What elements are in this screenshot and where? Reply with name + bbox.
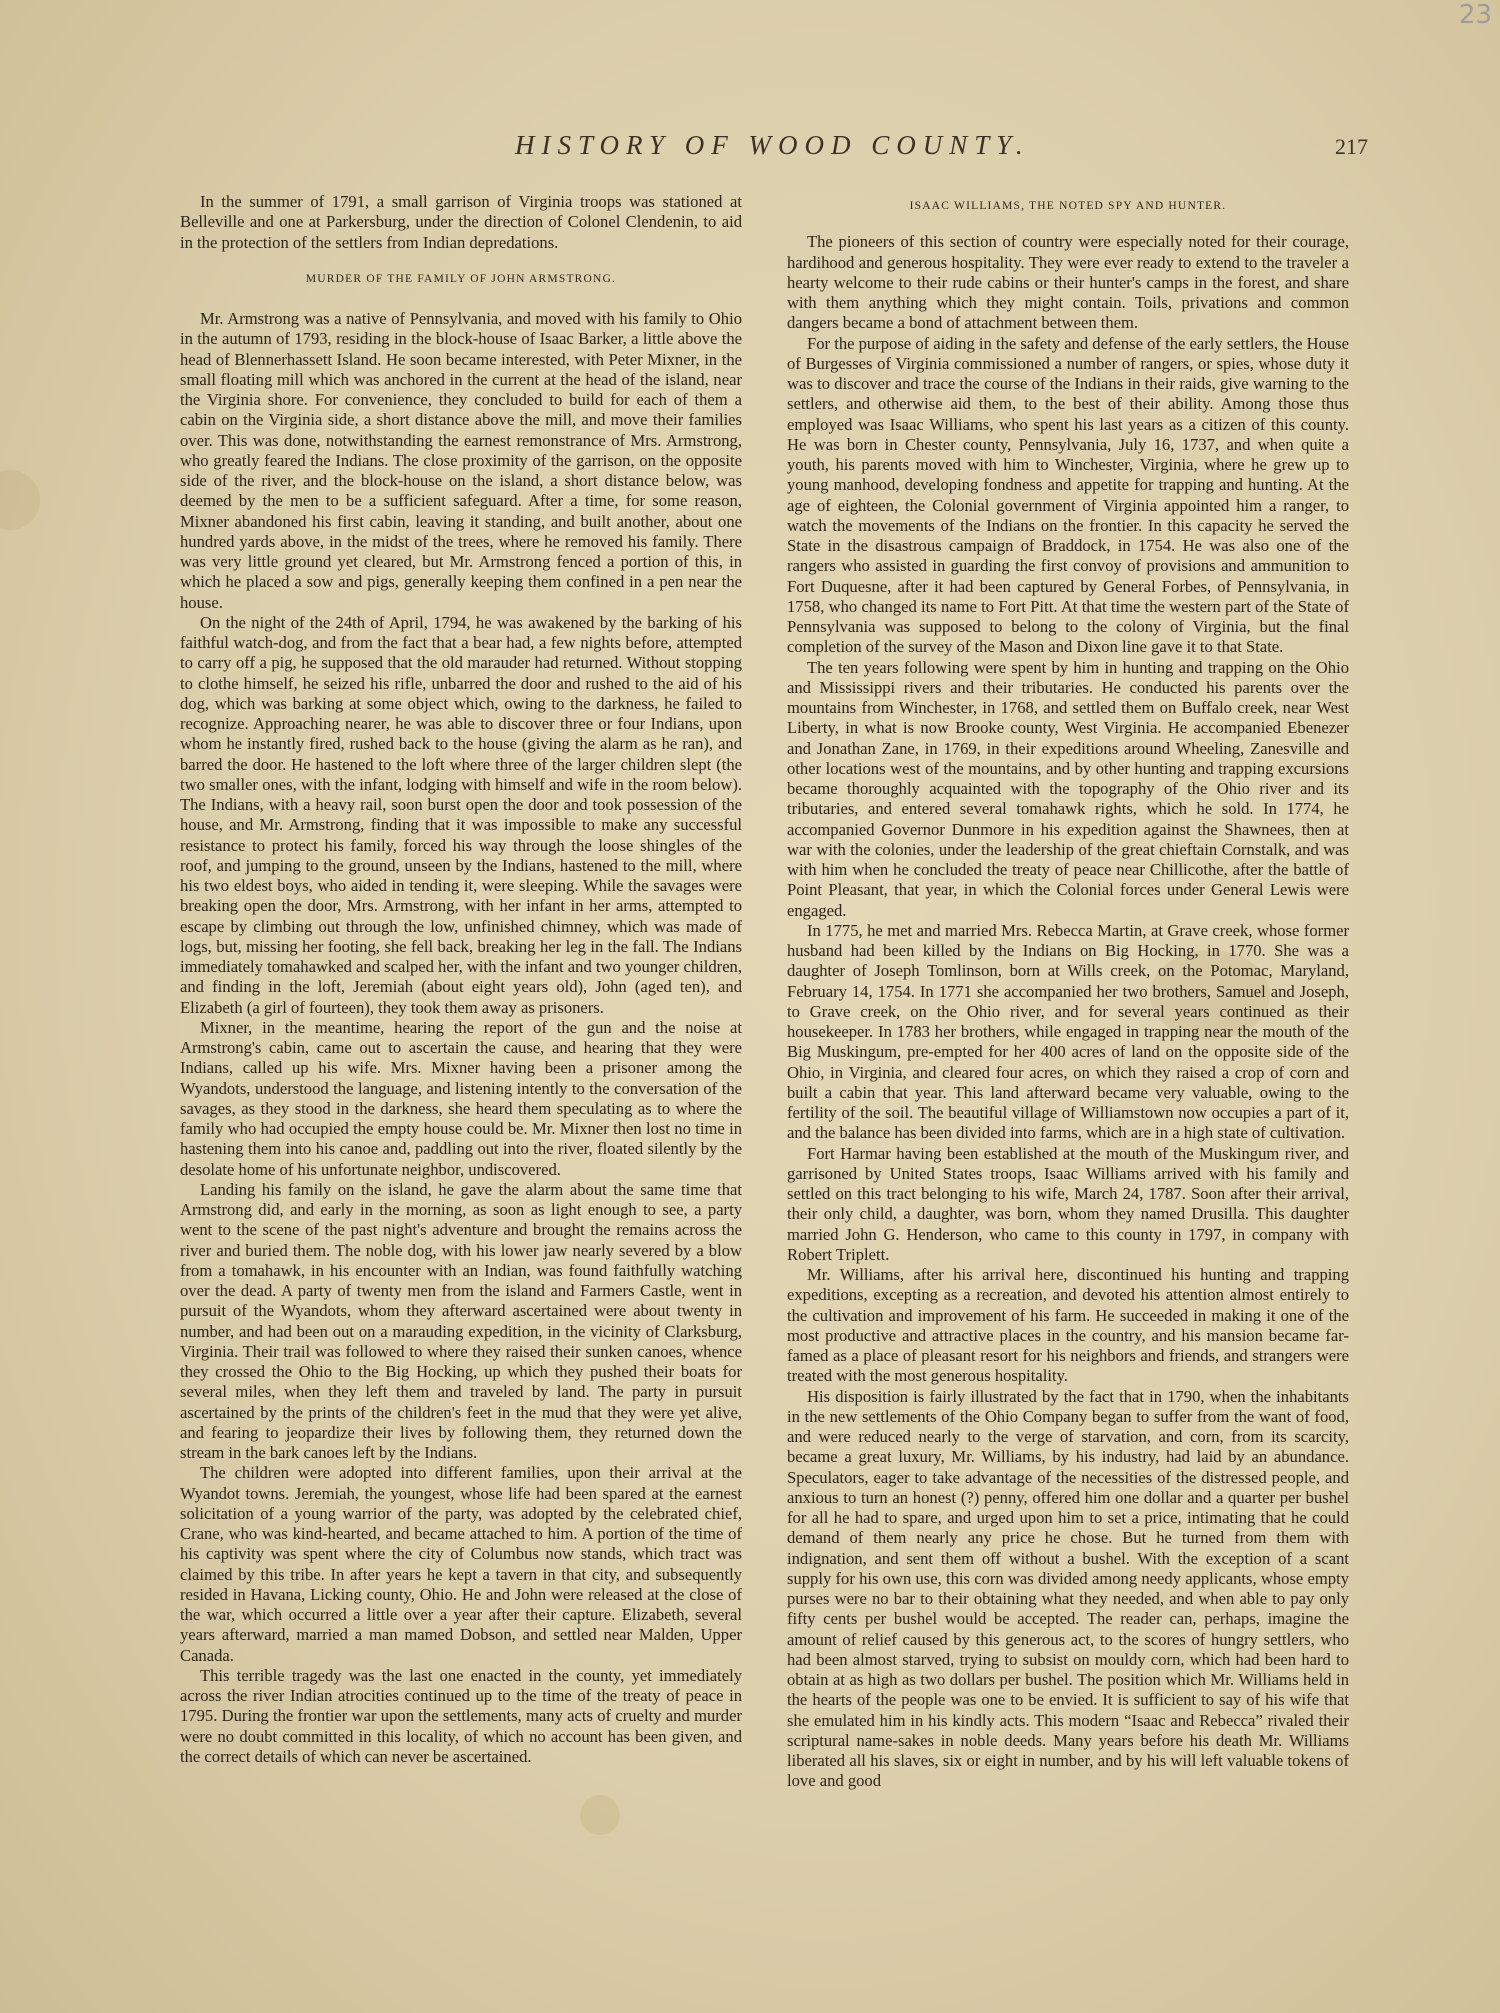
page-number: 217 — [1335, 134, 1368, 160]
body-paragraph: The ten years following were spent by hi… — [787, 658, 1349, 921]
right-column: ISAAC WILLIAMS, THE NOTED SPY AND HUNTER… — [787, 196, 1349, 1792]
body-paragraph: Mr. Williams, after his arrival here, di… — [787, 1265, 1349, 1387]
body-paragraph: The pioneers of this section of country … — [787, 232, 1349, 333]
paper-stain — [0, 470, 40, 530]
intro-paragraph: In the summer of 1791, a small garrison … — [180, 192, 742, 253]
handwritten-page-mark: 23 — [1459, 0, 1492, 30]
body-paragraph: Landing his family on the island, he gav… — [180, 1180, 742, 1464]
body-paragraph: On the night of the 24th of April, 1794,… — [180, 613, 742, 1018]
body-paragraph: Mr. Armstrong was a native of Pennsylvan… — [180, 309, 742, 613]
body-paragraph: In 1775, he met and married Mrs. Rebecca… — [787, 921, 1349, 1144]
running-header: HISTORY OF WOOD COUNTY. 217 — [0, 130, 1500, 170]
body-paragraph: Mixner, in the meantime, hearing the rep… — [180, 1018, 742, 1180]
section-heading: MURDER OF THE FAMILY OF JOHN ARMSTRONG. — [180, 269, 742, 289]
section-heading: ISAAC WILLIAMS, THE NOTED SPY AND HUNTER… — [787, 196, 1349, 216]
body-paragraph: Fort Harmar having been established at t… — [787, 1144, 1349, 1266]
running-title: HISTORY OF WOOD COUNTY. — [515, 130, 1030, 161]
left-column: In the summer of 1791, a small garrison … — [180, 192, 742, 1767]
body-paragraph: The children were adopted into different… — [180, 1463, 742, 1666]
body-paragraph: This terrible tragedy was the last one e… — [180, 1666, 742, 1767]
body-paragraph: For the purpose of aiding in the safety … — [787, 334, 1349, 658]
body-paragraph: His disposition is fairly illustrated by… — [787, 1387, 1349, 1792]
paper-stain — [580, 1795, 620, 1835]
